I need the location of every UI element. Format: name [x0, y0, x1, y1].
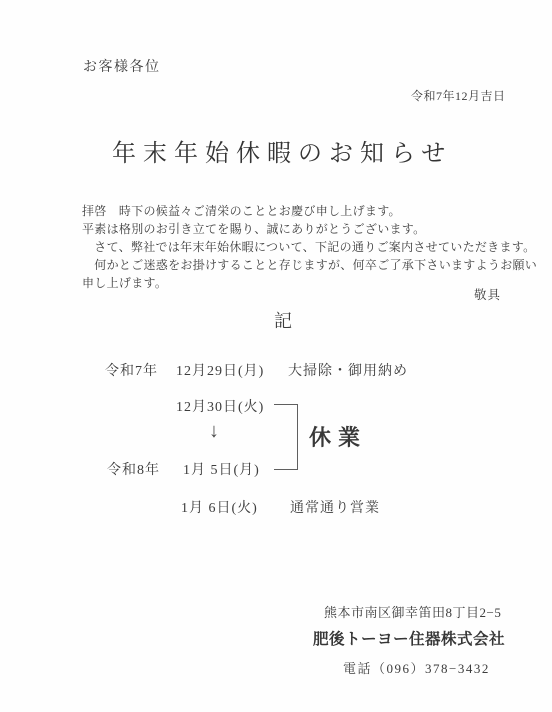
- closed-label: 休業: [309, 421, 367, 452]
- schedule-row1-note: 大掃除・御用納め: [288, 360, 408, 380]
- document-title: 年末年始休暇のお知らせ: [112, 133, 452, 168]
- schedule-row1-era: 令和7年: [105, 360, 158, 380]
- closing-keigu: 敬具: [474, 285, 501, 303]
- schedule-row3-date: 1月 5日(月): [183, 459, 260, 479]
- company-name: 肥後トーヨー住器株式会社: [313, 627, 505, 649]
- schedule-row4-note: 通常通り営業: [290, 497, 380, 517]
- schedule-row4-date: 1月 6日(火): [181, 497, 258, 517]
- schedule-row2-date: 12月30日(火): [176, 396, 264, 416]
- schedule-row1-date: 12月29日(月): [176, 360, 264, 380]
- down-arrow-icon: ↓: [209, 420, 219, 443]
- record-heading: 記: [274, 307, 292, 333]
- greeting-line-2: 平素は格別のお引き立てを賜り、誠にありがとうございます。: [82, 220, 425, 237]
- greeting-line-3: さて、弊社では年末年始休暇について、下記の通りご案内させていただきます。: [82, 238, 535, 255]
- company-phone: 電話（096）378−3432: [343, 658, 490, 677]
- greeting-line-1: 拝啓 時下の候益々ご清栄のこととお慶び申し上げます。: [82, 202, 401, 219]
- greeting-line-4: 何かとご迷惑をお掛けすることと存じますが、何卒ご了承下さいますようお願い: [82, 256, 537, 273]
- document-date: 令和7年12月吉日: [411, 87, 506, 104]
- notice-document-page: お客様各位 令和7年12月吉日 年末年始休暇のお知らせ 拝啓 時下の候益々ご清栄…: [0, 0, 552, 712]
- recipient-line: お客様各位: [83, 56, 161, 76]
- schedule-row3-era: 令和8年: [107, 459, 160, 479]
- company-address: 熊本市南区御幸笛田8丁目2−5: [324, 602, 501, 621]
- greeting-line-5: 申し上げます。: [82, 274, 167, 291]
- closed-period-bracket: [274, 404, 298, 470]
